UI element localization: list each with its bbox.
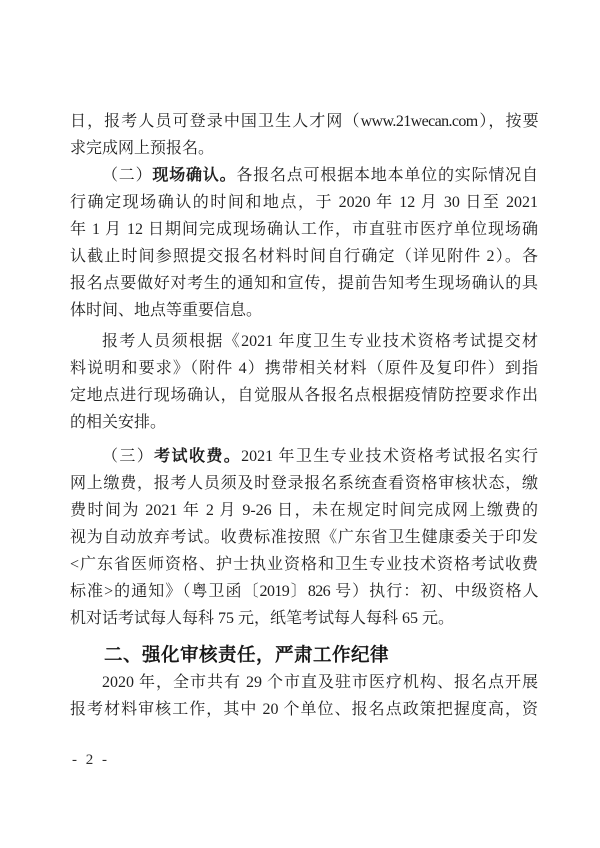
text-line: 年 1 月 12 日期间完成现场确认工作，市直驻市医疗单位现场确 [70,216,538,243]
text-segment: 2021 年卫生专业技术资格考试报名实行 [241,448,538,465]
text-segment: 求完成网上预报名。 [70,140,214,157]
text-segment: 报名点要做好对考生的通知和宣传，提前告知考生现场确认的具 [70,275,538,292]
text-segment: 日，报考人员可登录中国卫生人才网（www.21wecan.com），按要 [70,113,538,130]
text-line: 报考人员须根据《2021 年度卫生专业技术资格考试提交材 [70,328,538,355]
text-line: 求完成网上预报名。 [70,135,538,162]
text-line: 认截止时间参照提交报名材料时间自行确定（详见附件 2）。各 [70,243,538,270]
bold-term: 二、强化审核责任，严肃工作纪律 [104,644,389,665]
text-segment: 年 1 月 12 日期间完成现场确认工作，市直驻市医疗单位现场确 [70,221,538,238]
text-segment: 定地点进行现场确认，自觉服从各报名点根据疫情防控要求作出 [70,387,538,404]
text-line: <广东省医师资格、护士执业资格和卫生专业技术资格考试收费 [70,551,538,578]
text-segment: 报考人员须根据《2021 年度卫生专业技术资格考试提交材 [102,333,538,350]
text-segment: 体时间、地点等重要信息。 [70,302,262,319]
text-segment: 报考材料审核工作，其中 20 个单位、报名点政策把握度高，资 [70,701,538,718]
text-segment: 认截止时间参照提交报名材料时间自行确定（详见附件 2）。各 [70,248,538,265]
text-segment: 机对话考试每人每科 75 元，纸笔考试每人每科 65 元。 [70,610,454,627]
bold-term: 考试收费。 [154,448,241,465]
text-line: 费时间为 2021 年 2 月 9-26 日，未在规定时间完成网上缴费的 [70,497,538,524]
text-line: 的相关安排。 [70,409,538,436]
text-line: 体时间、地点等重要信息。 [70,297,538,324]
text-line: 定地点进行现场确认，自觉服从各报名点根据疫情防控要求作出 [70,382,538,409]
text-line: 二、强化审核责任，严肃工作纪律 [70,641,538,668]
text-segment: 行确定现场确认的时间和地点，于 2020 年 12 月 30 日至 2021 [70,194,538,211]
para-onsite-confirmation: （二）现场确认。各报名点可根据本地本单位的实际情况自行确定现场确认的时间和地点，… [70,162,538,324]
text-segment: 料说明和要求》（附件 4）携带相关材料（原件及复印件）到指 [70,360,538,377]
para-audit-2020: 2020 年，全市共有 29 个市直及驻市医疗机构、报名点开展报考材料审核工作，… [70,669,538,723]
text-segment: 费时间为 2021 年 2 月 9-26 日，未在规定时间完成网上缴费的 [70,502,538,519]
para-exam-fees: （三）考试收费。2021 年卫生专业技术资格考试报名实行网上缴费，报考人员须及时… [70,443,538,632]
text-line: 日，报考人员可登录中国卫生人才网（www.21wecan.com），按要 [70,108,538,135]
document-body: 日，报考人员可登录中国卫生人才网（www.21wecan.com），按要求完成网… [70,108,538,723]
text-line: 报名点要做好对考生的通知和宣传，提前告知考生现场确认的具 [70,270,538,297]
text-line: 标准>的通知》（粤卫函〔2019〕826 号）执行：初、中级资格人 [70,578,538,605]
text-segment: （三） [102,448,154,465]
text-line: 行确定现场确认的时间和地点，于 2020 年 12 月 30 日至 2021 [70,189,538,216]
heading-section-two: 二、强化审核责任，严肃工作纪律 [70,641,538,668]
text-segment: 网上缴费，报考人员须及时登录报名系统查看资格审核状态，缴 [70,475,538,492]
text-line: 网上缴费，报考人员须及时登录报名系统查看资格审核状态，缴 [70,470,538,497]
text-segment: 标准>的通知》（粤卫函〔2019〕826 号）执行：初、中级资格人 [70,583,538,600]
text-segment: （二） [102,167,152,184]
text-segment: <广东省医师资格、护士执业资格和卫生专业技术资格考试收费 [70,556,538,573]
text-line: （三）考试收费。2021 年卫生专业技术资格考试报名实行 [70,443,538,470]
text-segment: 视为自动放弃考试。收费标准按照《广东省卫生健康委关于印发 [70,529,538,546]
scanned-document-page: 日，报考人员可登录中国卫生人才网（www.21wecan.com），按要求完成网… [0,0,600,848]
text-line: 视为自动放弃考试。收费标准按照《广东省卫生健康委关于印发 [70,524,538,551]
para-submission-materials: 报考人员须根据《2021 年度卫生专业技术资格考试提交材料说明和要求》（附件 4… [70,328,538,436]
page-number: - 2 - [72,752,110,769]
text-segment: 的相关安排。 [70,414,166,431]
text-segment: 2020 年，全市共有 29 个市直及驻市医疗机构、报名点开展 [102,674,538,691]
text-line: 机对话考试每人每科 75 元，纸笔考试每人每科 65 元。 [70,605,538,632]
bold-term: 现场确认。 [152,167,236,184]
text-segment: 各报名点可根据本地本单位的实际情况自 [236,167,538,184]
text-line: 2020 年，全市共有 29 个市直及驻市医疗机构、报名点开展 [70,669,538,696]
para-online-preregistration: 日，报考人员可登录中国卫生人才网（www.21wecan.com），按要求完成网… [70,108,538,162]
text-line: （二）现场确认。各报名点可根据本地本单位的实际情况自 [70,162,538,189]
text-line: 报考材料审核工作，其中 20 个单位、报名点政策把握度高，资 [70,696,538,723]
text-line: 料说明和要求》（附件 4）携带相关材料（原件及复印件）到指 [70,355,538,382]
